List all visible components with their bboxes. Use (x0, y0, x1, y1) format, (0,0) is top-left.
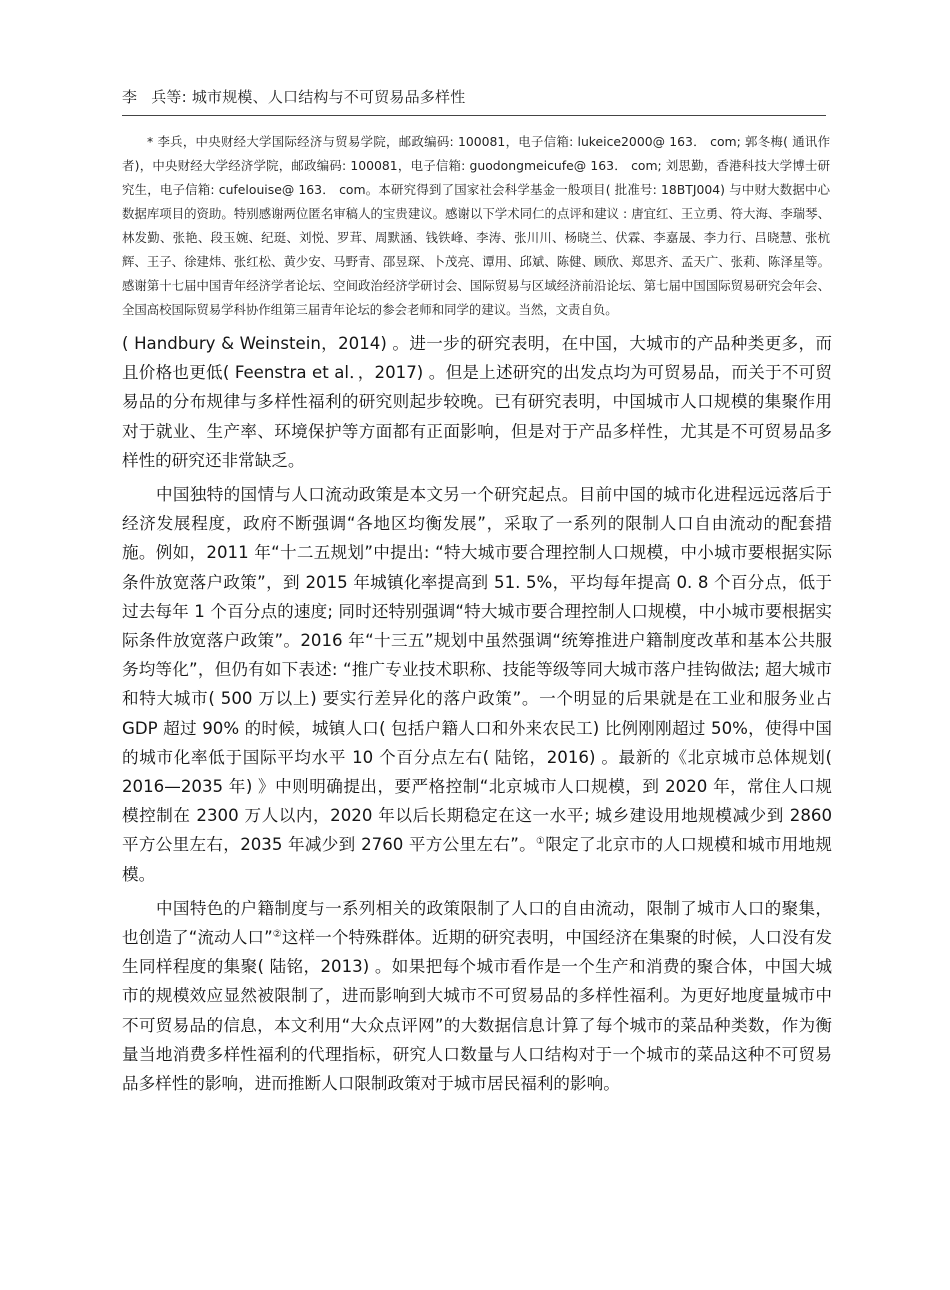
body-text: ( Handbury & Weinstein，2014) 。进一步的研究表明，在… (122, 329, 832, 1098)
running-head-author-surname: 李 (122, 88, 137, 106)
footnote-marker-2[interactable]: ② (273, 929, 282, 940)
paragraph-1: ( Handbury & Weinstein，2014) 。进一步的研究表明，在… (122, 329, 832, 475)
paragraph-2-text: 中国独特的国情与人口流动政策是本文另一个研究起点。目前中国的城市化进程远远落后于… (122, 485, 832, 854)
author-footnote: * 李兵，中央财经大学国际经济与贸易学院，邮政编码: 100081，电子信箱: … (122, 130, 830, 322)
paragraph-3-text-cont: 这样一个特殊群体。近期的研究表明，中国经济在集聚的时候，人口没有发生同样程度的集… (122, 928, 832, 1093)
paragraph-2: 中国独特的国情与人口流动政策是本文另一个研究起点。目前中国的城市化进程远远落后于… (122, 480, 832, 889)
header-rule-divider (122, 115, 826, 116)
running-head-title: 兵等: 城市规模、人口结构与不可贸易品多样性 (151, 88, 465, 106)
footnote-marker-1[interactable]: ① (536, 836, 545, 847)
paragraph-3: 中国特色的户籍制度与一系列相关的政策限制了人口的自由流动，限制了城市人口的聚集，… (122, 894, 832, 1098)
running-head: 李兵等: 城市规模、人口结构与不可贸易品多样性 (122, 86, 465, 107)
